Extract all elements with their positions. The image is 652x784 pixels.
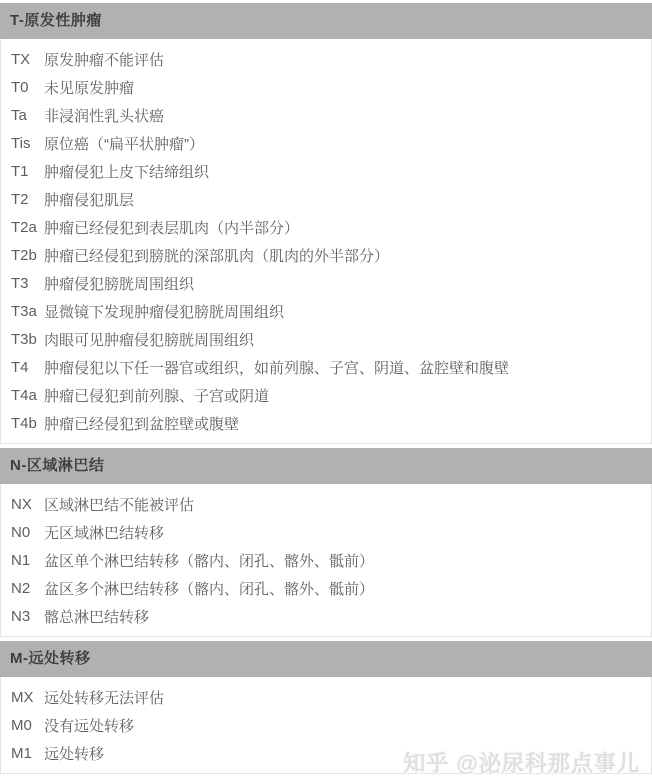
stage-code: T2a: [11, 219, 44, 236]
stage-description: 没有远处转移: [44, 715, 651, 736]
stage-description: 区域淋巴结不能被评估: [44, 494, 651, 515]
table-row: T1肿瘤侵犯上皮下结缔组织: [1, 157, 651, 185]
stage-code: T4a: [11, 387, 44, 404]
table-row: T3b肉眼可见肿瘤侵犯膀胱周围组织: [1, 325, 651, 353]
stage-code: M0: [11, 717, 44, 734]
table-row: T2肿瘤侵犯肌层: [1, 185, 651, 213]
table-row: T3肿瘤侵犯膀胱周围组织: [1, 269, 651, 297]
stage-code: T3: [11, 275, 44, 292]
section-body-m: MX远处转移无法评估M0没有远处转移M1远处转移: [0, 677, 652, 774]
stage-code: T0: [11, 79, 44, 96]
stage-description: 非浸润性乳头状癌: [44, 105, 651, 126]
stage-code: N2: [11, 580, 44, 597]
stage-description: 肿瘤侵犯以下任一器官或组织，如前列腺、子宫、阴道、盆腔壁和腹壁: [44, 357, 651, 378]
section-n: N-区域淋巴结NX区域淋巴结不能被评估N0无区域淋巴结转移N1盆区单个淋巴结转移…: [0, 448, 652, 637]
stage-code: N0: [11, 524, 44, 541]
table-row: Ta非浸润性乳头状癌: [1, 101, 651, 129]
stage-description: 未见原发肿瘤: [44, 77, 651, 98]
stage-code: Tis: [11, 135, 44, 152]
tnm-staging-table: T-原发性肿瘤TX原发肿瘤不能评估T0未见原发肿瘤Ta非浸润性乳头状癌Tis原位…: [0, 0, 652, 774]
stage-description: 远处转移无法评估: [44, 687, 651, 708]
stage-code: Ta: [11, 107, 44, 124]
stage-code: N1: [11, 552, 44, 569]
stage-code: T4b: [11, 415, 44, 432]
section-t: T-原发性肿瘤TX原发肿瘤不能评估T0未见原发肿瘤Ta非浸润性乳头状癌Tis原位…: [0, 3, 652, 444]
stage-code: T3b: [11, 331, 44, 348]
table-row: M0没有远处转移: [1, 711, 651, 739]
stage-description: 肉眼可见肿瘤侵犯膀胱周围组织: [44, 329, 651, 350]
table-row: T2b肿瘤已经侵犯到膀胱的深部肌肉（肌肉的外半部分）: [1, 241, 651, 269]
table-row: T3a显微镜下发现肿瘤侵犯膀胱周围组织: [1, 297, 651, 325]
stage-description: 肿瘤已经侵犯到盆腔壁或腹壁: [44, 413, 651, 434]
stage-description: 盆区多个淋巴结转移（髂内、闭孔、髂外、骶前）: [44, 578, 651, 599]
stage-description: 显微镜下发现肿瘤侵犯膀胱周围组织: [44, 301, 651, 322]
table-row: T0未见原发肿瘤: [1, 73, 651, 101]
stage-description: 原发肿瘤不能评估: [44, 49, 651, 70]
stage-description: 肿瘤已经侵犯到表层肌肉（内半部分）: [44, 217, 651, 238]
stage-code: MX: [11, 689, 44, 706]
stage-description: 肿瘤已经侵犯到膀胱的深部肌肉（肌肉的外半部分）: [44, 245, 651, 266]
table-row: N3髂总淋巴结转移: [1, 602, 651, 630]
table-row: T2a肿瘤已经侵犯到表层肌肉（内半部分）: [1, 213, 651, 241]
stage-code: TX: [11, 51, 44, 68]
stage-code: N3: [11, 608, 44, 625]
stage-description: 肿瘤侵犯上皮下结缔组织: [44, 161, 651, 182]
table-row: T4b肿瘤已经侵犯到盆腔壁或腹壁: [1, 409, 651, 437]
stage-code: NX: [11, 496, 44, 513]
stage-code: M1: [11, 745, 44, 762]
stage-code: T4: [11, 359, 44, 376]
stage-description: 远处转移: [44, 743, 651, 764]
stage-description: 肿瘤侵犯膀胱周围组织: [44, 273, 651, 294]
table-row: N2盆区多个淋巴结转移（髂内、闭孔、髂外、骶前）: [1, 574, 651, 602]
stage-description: 肿瘤侵犯肌层: [44, 189, 651, 210]
section-body-t: TX原发肿瘤不能评估T0未见原发肿瘤Ta非浸润性乳头状癌Tis原位癌（“扁平状肿…: [0, 39, 652, 444]
stage-code: T3a: [11, 303, 44, 320]
table-row: NX区域淋巴结不能被评估: [1, 490, 651, 518]
table-row: T4肿瘤侵犯以下任一器官或组织，如前列腺、子宫、阴道、盆腔壁和腹壁: [1, 353, 651, 381]
table-row: T4a肿瘤已侵犯到前列腺、子宫或阴道: [1, 381, 651, 409]
table-row: Tis原位癌（“扁平状肿瘤”）: [1, 129, 651, 157]
section-m: M-远处转移MX远处转移无法评估M0没有远处转移M1远处转移: [0, 641, 652, 774]
table-row: N0无区域淋巴结转移: [1, 518, 651, 546]
section-body-n: NX区域淋巴结不能被评估N0无区域淋巴结转移N1盆区单个淋巴结转移（髂内、闭孔、…: [0, 484, 652, 637]
stage-code: T2: [11, 191, 44, 208]
section-header-t: T-原发性肿瘤: [0, 3, 652, 39]
stage-code: T2b: [11, 247, 44, 264]
stage-description: 盆区单个淋巴结转移（髂内、闭孔、髂外、骶前）: [44, 550, 651, 571]
section-header-n: N-区域淋巴结: [0, 448, 652, 484]
stage-description: 髂总淋巴结转移: [44, 606, 651, 627]
stage-code: T1: [11, 163, 44, 180]
stage-description: 无区域淋巴结转移: [44, 522, 651, 543]
table-row: M1远处转移: [1, 739, 651, 767]
section-header-m: M-远处转移: [0, 641, 652, 677]
table-row: N1盆区单个淋巴结转移（髂内、闭孔、髂外、骶前）: [1, 546, 651, 574]
stage-description: 肿瘤已侵犯到前列腺、子宫或阴道: [44, 385, 651, 406]
stage-description: 原位癌（“扁平状肿瘤”）: [44, 133, 651, 154]
table-row: TX原发肿瘤不能评估: [1, 45, 651, 73]
table-row: MX远处转移无法评估: [1, 683, 651, 711]
